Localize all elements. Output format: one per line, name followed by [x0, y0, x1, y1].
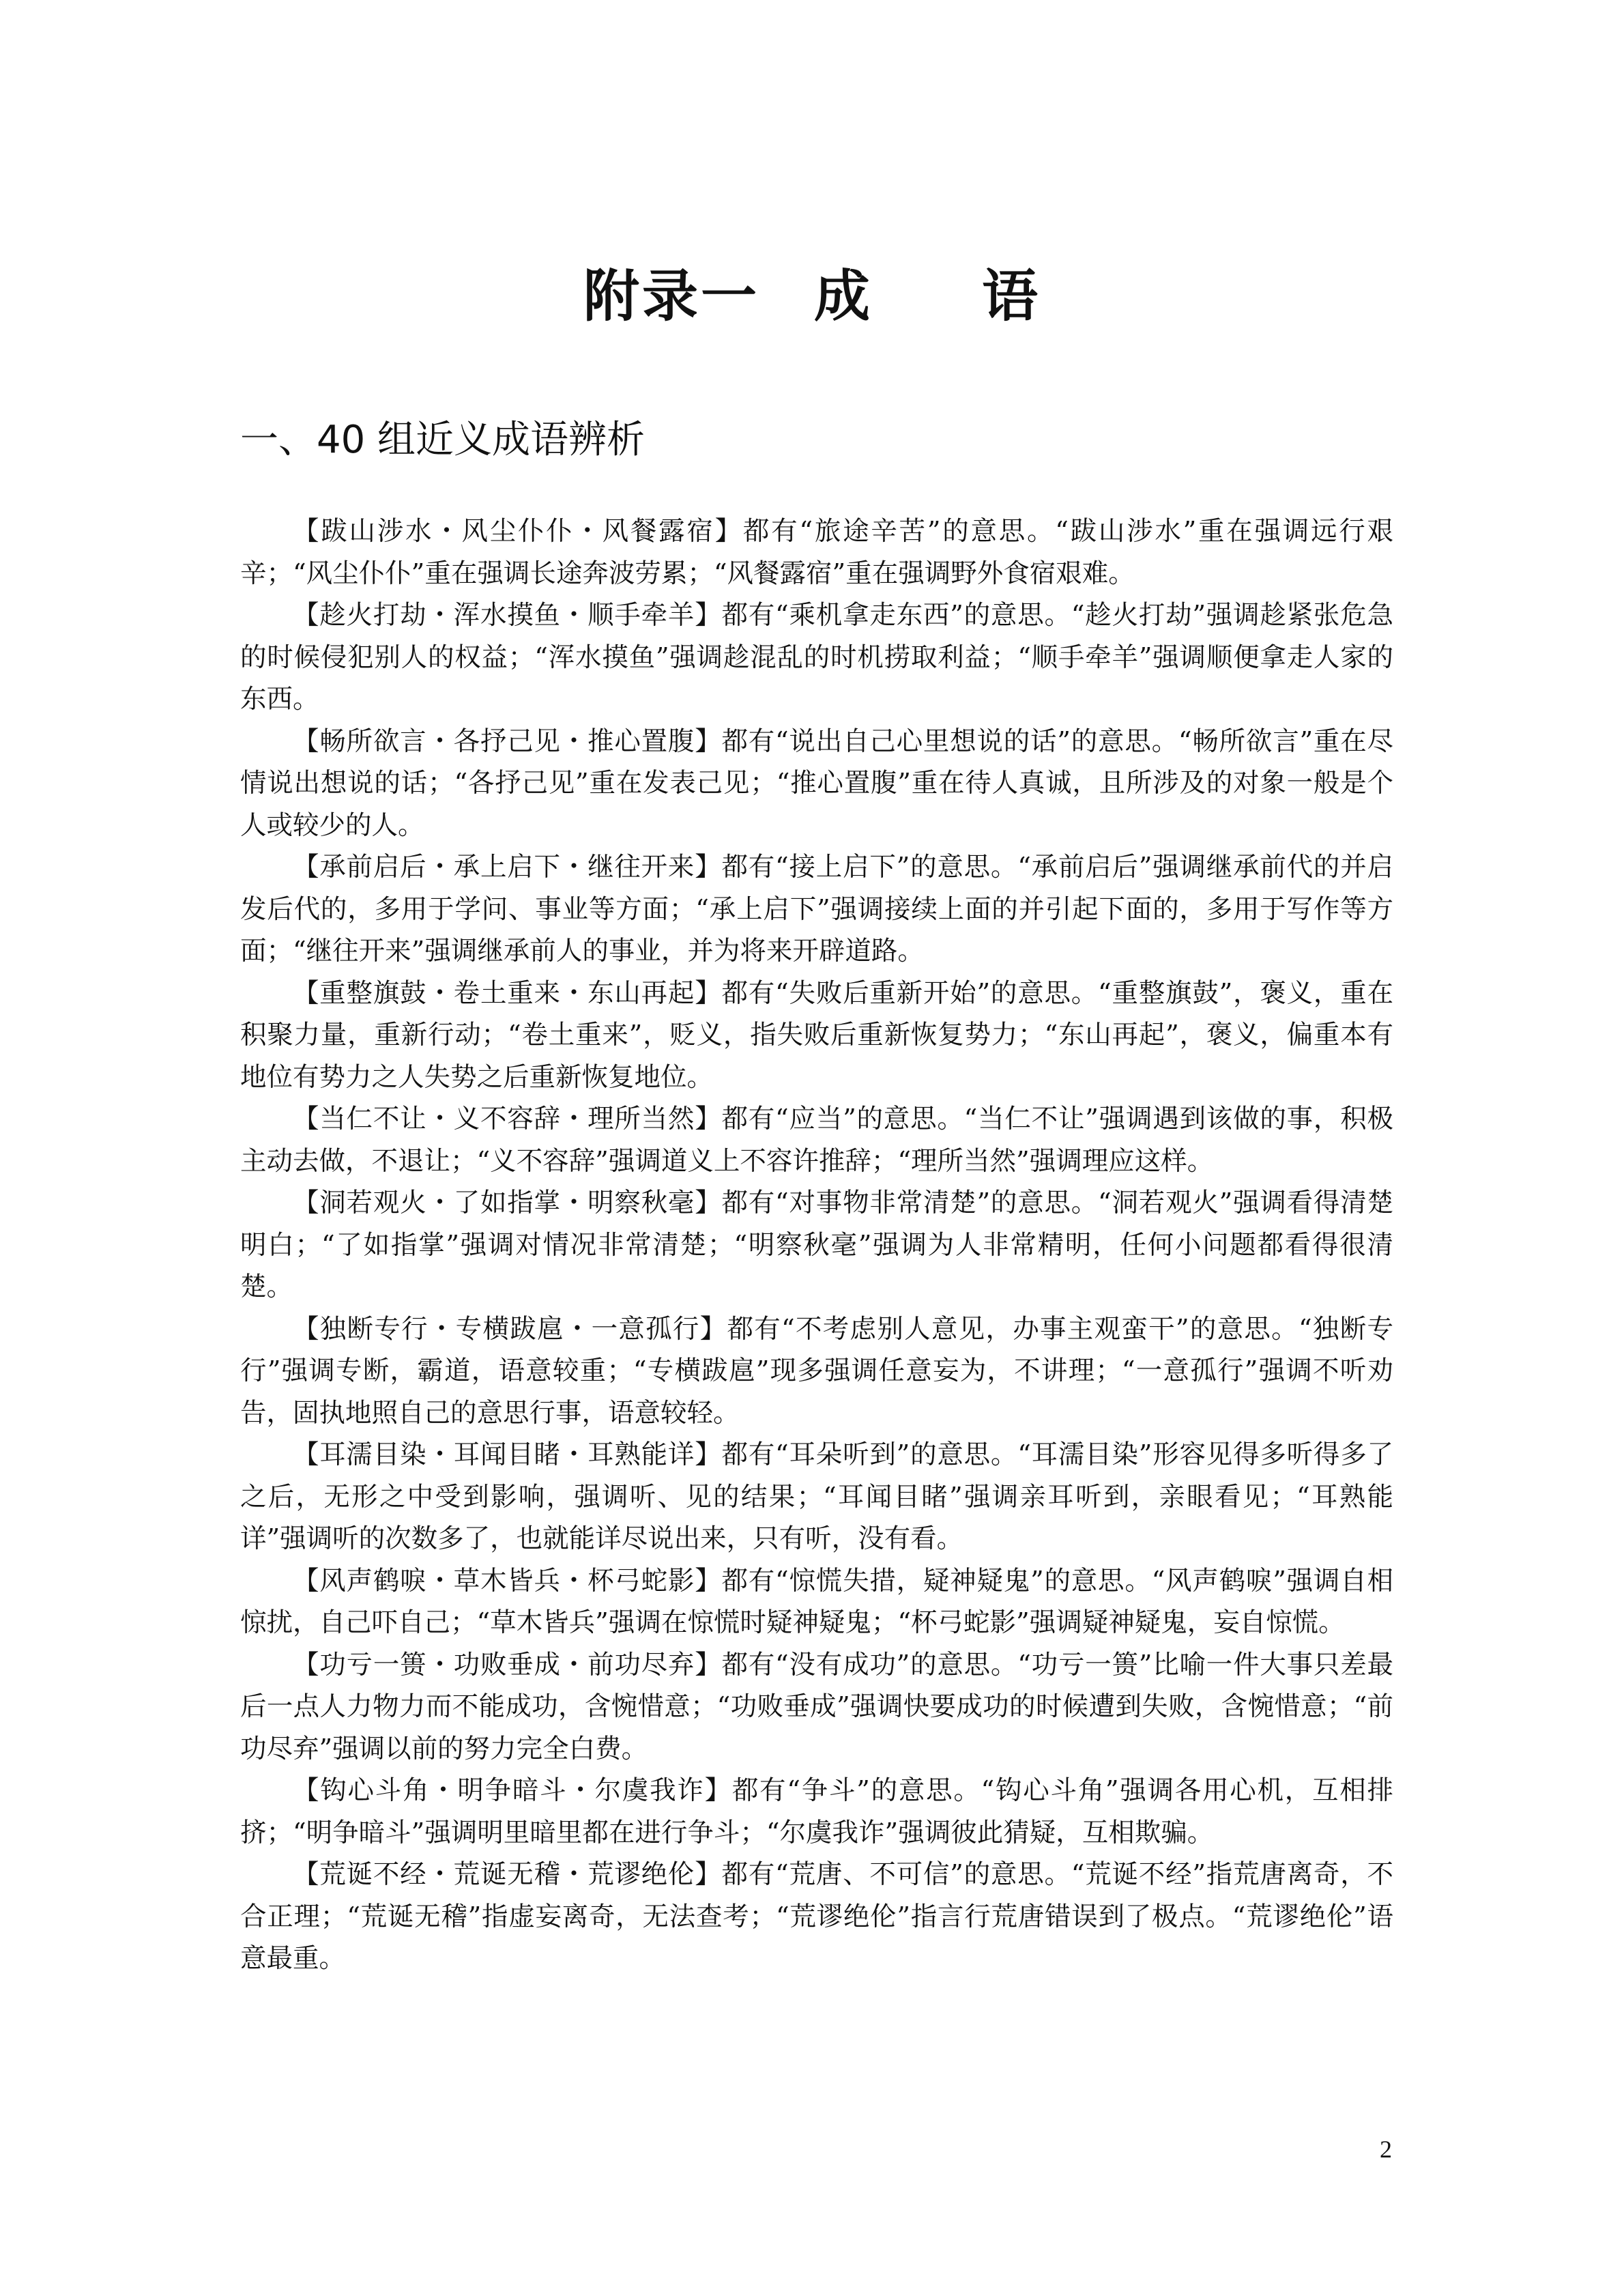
- paragraph: 【趁火打劫・浑水摸鱼・顺手牵羊】都有“乘机拿走东西”的意思。“趁火打劫”强调趁紧…: [240, 594, 1393, 721]
- idiom-group: 【风声鹤唳・草木皆兵・杯弓蛇影】: [293, 1566, 721, 1596]
- paragraph: 【功亏一篑・功败垂成・前功尽弃】都有“没有成功”的意思。“功亏一篑”比喻一件大事…: [240, 1644, 1393, 1770]
- idiom-group: 【荒诞不经・荒诞无稽・荒谬绝伦】: [293, 1859, 721, 1890]
- paragraph: 【重整旗鼓・卷土重来・东山再起】都有“失败后重新开始”的意思。“重整旗鼓”，褒义…: [240, 973, 1393, 1099]
- idiom-group: 【当仁不让・义不容辞・理所当然】: [293, 1104, 721, 1134]
- idiom-group: 【跋山涉水・风尘仆仆・风餐露宿】: [293, 516, 743, 547]
- section-heading: 一、40 组近义成语辨析: [240, 416, 645, 464]
- paragraph: 【风声鹤唳・草木皆兵・杯弓蛇影】都有“惊慌失措，疑神疑鬼”的意思。“风声鹤唳”强…: [240, 1560, 1393, 1644]
- paragraph: 【独断专行・专横跋扈・一意孤行】都有“不考虑别人意见，办事主观蛮干”的意思。“独…: [240, 1308, 1393, 1435]
- idiom-group: 【洞若观火・了如指掌・明察秋毫】: [293, 1188, 721, 1218]
- idiom-group: 【畅所欲言・各抒己见・推心置腹】: [293, 726, 721, 757]
- paragraph: 【荒诞不经・荒诞无稽・荒谬绝伦】都有“荒唐、不可信”的意思。“荒诞不经”指荒唐离…: [240, 1854, 1393, 1980]
- idiom-group: 【功亏一篑・功败垂成・前功尽弃】: [293, 1650, 721, 1680]
- idiom-group: 【趁火打劫・浑水摸鱼・顺手牵羊】: [293, 600, 721, 631]
- paragraph: 【承前启后・承上启下・继往开来】都有“接上启下”的意思。“承前启后”强调继承前代…: [240, 846, 1393, 973]
- idiom-group: 【重整旗鼓・卷土重来・东山再起】: [293, 978, 721, 1009]
- idiom-group: 【独断专行・专横跋扈・一意孤行】: [293, 1314, 727, 1345]
- idiom-group: 【承前启后・承上启下・继往开来】: [293, 852, 721, 882]
- document-body: 【跋山涉水・风尘仆仆・风餐露宿】都有“旅途辛苦”的意思。“跋山涉水”重在强调远行…: [240, 511, 1393, 1980]
- paragraph: 【跋山涉水・风尘仆仆・风餐露宿】都有“旅途辛苦”的意思。“跋山涉水”重在强调远行…: [240, 511, 1393, 594]
- paragraph: 【耳濡目染・耳闻目睹・耳熟能详】都有“耳朵听到”的意思。“耳濡目染”形容见得多听…: [240, 1434, 1393, 1560]
- paragraph: 【洞若观火・了如指掌・明察秋毫】都有“对事物非常清楚”的意思。“洞若观火”强调看…: [240, 1182, 1393, 1308]
- paragraph: 【当仁不让・义不容辞・理所当然】都有“应当”的意思。“当仁不让”强调遇到该做的事…: [240, 1098, 1393, 1182]
- idiom-group: 【钩心斗角・明争暗斗・尔虞我诈】: [293, 1775, 732, 1806]
- page-title: 附录一成语: [0, 263, 1624, 331]
- idiom-group: 【耳濡目染・耳闻目睹・耳熟能详】: [293, 1439, 721, 1470]
- paragraph: 【畅所欲言・各抒己见・推心置腹】都有“说出自己心里想说的话”的意思。“畅所欲言”…: [240, 721, 1393, 847]
- title-appendix: 附录一: [583, 264, 759, 329]
- paragraph: 【钩心斗角・明争暗斗・尔虞我诈】都有“争斗”的意思。“钩心斗角”强调各用心机，互…: [240, 1770, 1393, 1854]
- title-char-1: 成: [814, 264, 873, 329]
- page-number: 2: [1365, 2135, 1392, 2164]
- title-char-2: 语: [982, 264, 1041, 329]
